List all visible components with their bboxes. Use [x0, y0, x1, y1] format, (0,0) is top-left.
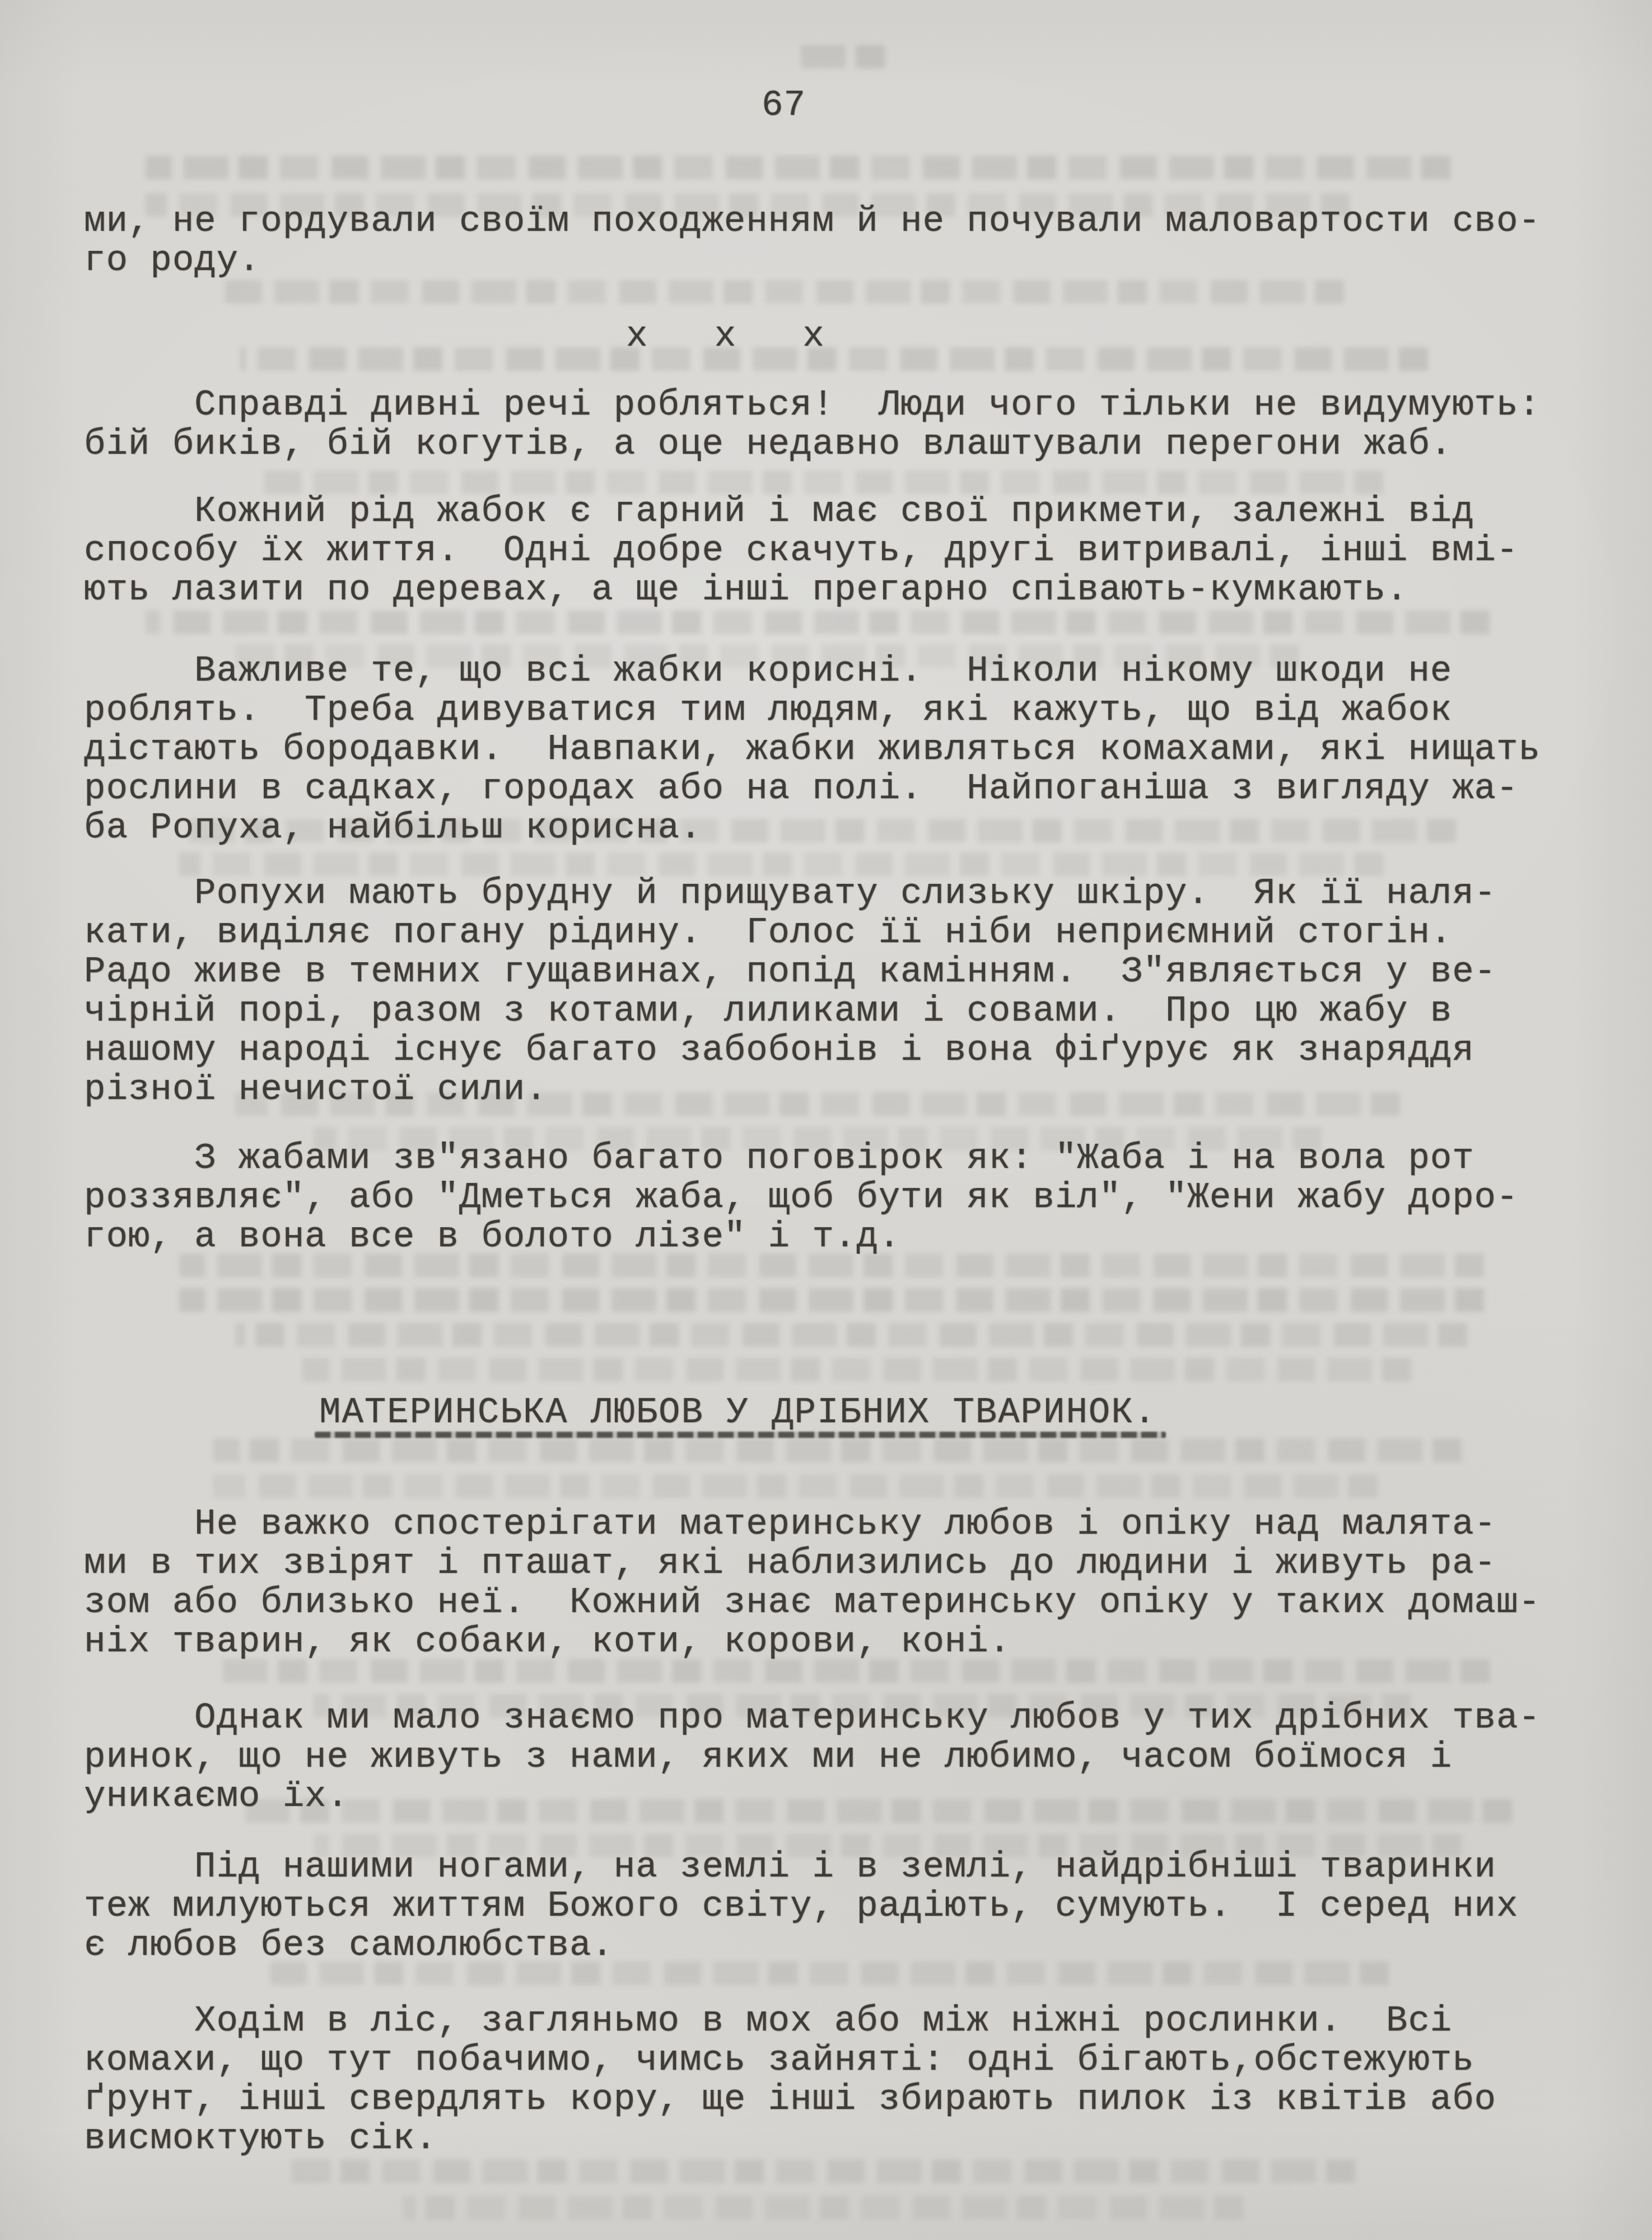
bleed-through-line: [241, 347, 1428, 371]
paragraph: Під нашими ногами, на землі і в землі, н…: [84, 1848, 1518, 1966]
bleed-through-line: [291, 2159, 1355, 2183]
paragraph: Однак ми мало знаємо про материнську люб…: [84, 1699, 1541, 1817]
bleed-through-line: [179, 1288, 1484, 1312]
bleed-through-line: [801, 45, 885, 68]
section-separator: х х х: [626, 317, 825, 356]
page-number: 67: [762, 86, 806, 125]
paragraph-continuation: ми, не гордували своїм походженням й не …: [84, 202, 1541, 281]
paragraph: З жабами зв"язано багато поговірок як: "…: [84, 1139, 1518, 1257]
paragraph: Не важко спостерігати материнську любов …: [84, 1505, 1541, 1662]
bleed-through-line: [179, 853, 1383, 876]
heading-underline: [315, 1432, 1166, 1438]
paragraph: Ропухи мають брудну й прищувату слизьку …: [84, 874, 1496, 1110]
bleed-through-line: [213, 1474, 1378, 1498]
bleed-through-line: [146, 611, 1490, 634]
paragraph: Кожний рід жабок є гарний і має свої при…: [84, 492, 1518, 610]
bleed-through-line: [213, 280, 1344, 304]
paragraph: Справді дивні речі робляться! Люди чого …: [84, 386, 1541, 464]
paragraph: Важливе те, що всі жабки корисні. Ніколи…: [84, 652, 1541, 848]
paragraph: Ходім в ліс, загляньмо в мох або між ніж…: [84, 2002, 1496, 2159]
bleed-through-line: [302, 1358, 1411, 1381]
bleed-through-line: [263, 471, 1383, 494]
bleed-through-line: [213, 1438, 1462, 1462]
bleed-through-line: [235, 1323, 1467, 1347]
bleed-through-line: [403, 2196, 1243, 2219]
section-heading: МАТЕРИНСЬКА ЛЮБОВ У ДРІБНИХ ТВАРИНОК.: [319, 1394, 1156, 1433]
bleed-through-line: [213, 1659, 1490, 1683]
bleed-through-line: [146, 156, 1450, 179]
scanned-page: 67 ми, не гордували своїм походженням й …: [0, 0, 1652, 2240]
